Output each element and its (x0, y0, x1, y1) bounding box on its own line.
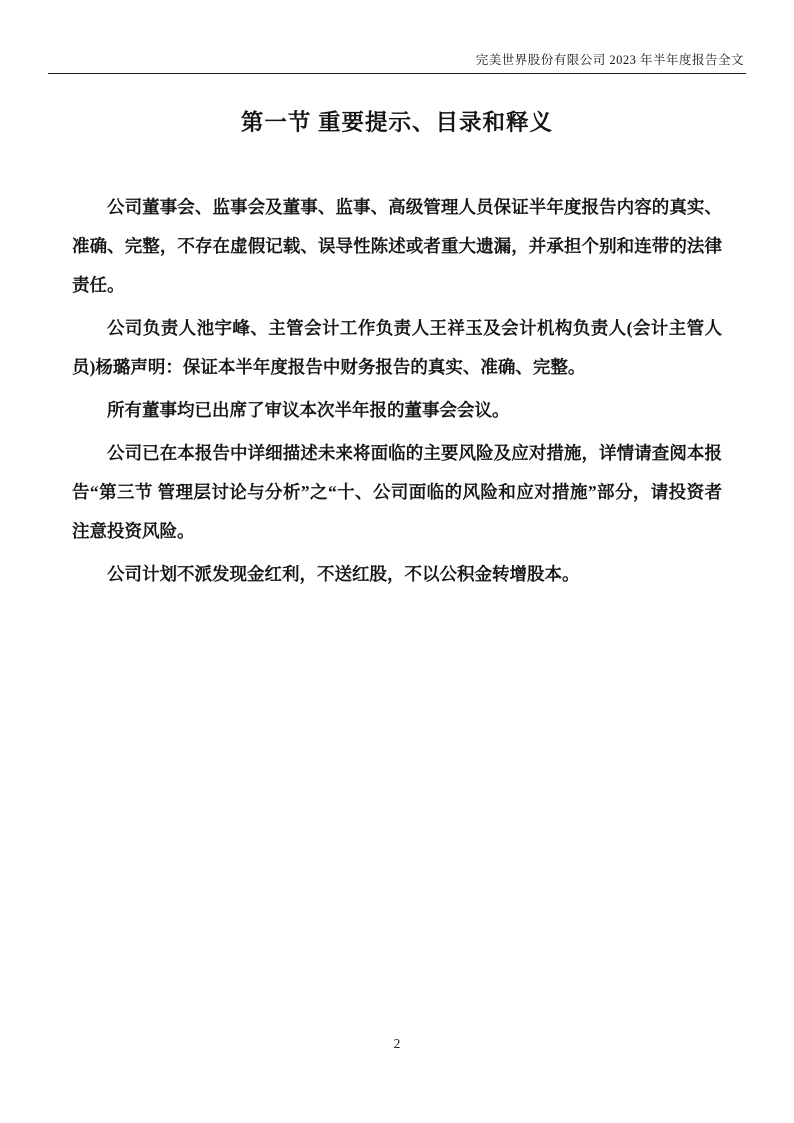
page-number: 2 (0, 1036, 794, 1052)
body-paragraph: 公司计划不派发现金红利，不送红股，不以公积金转增股本。 (72, 555, 722, 594)
body-paragraph: 公司已在本报告中详细描述未来将面临的主要风险及应对措施，详情请查阅本报告“第三节… (72, 434, 722, 551)
page-header: 完美世界股份有限公司 2023 年半年度报告全文 (48, 52, 746, 74)
paragraphs-container: 公司董事会、监事会及董事、监事、高级管理人员保证半年度报告内容的真实、准确、完整… (72, 188, 722, 594)
page-content: 第一节 重要提示、目录和释义 公司董事会、监事会及董事、监事、高级管理人员保证半… (72, 104, 722, 598)
header-text: 完美世界股份有限公司 2023 年半年度报告全文 (476, 53, 746, 67)
body-paragraph: 公司董事会、监事会及董事、监事、高级管理人员保证半年度报告内容的真实、准确、完整… (72, 188, 722, 305)
report-page: 完美世界股份有限公司 2023 年半年度报告全文 第一节 重要提示、目录和释义 … (0, 0, 794, 1123)
section-title: 第一节 重要提示、目录和释义 (72, 104, 722, 142)
body-paragraph: 所有董事均已出席了审议本次半年报的董事会会议。 (72, 391, 722, 430)
body-paragraph: 公司负责人池宇峰、主管会计工作负责人王祥玉及会计机构负责人(会计主管人员)杨璐声… (72, 309, 722, 387)
